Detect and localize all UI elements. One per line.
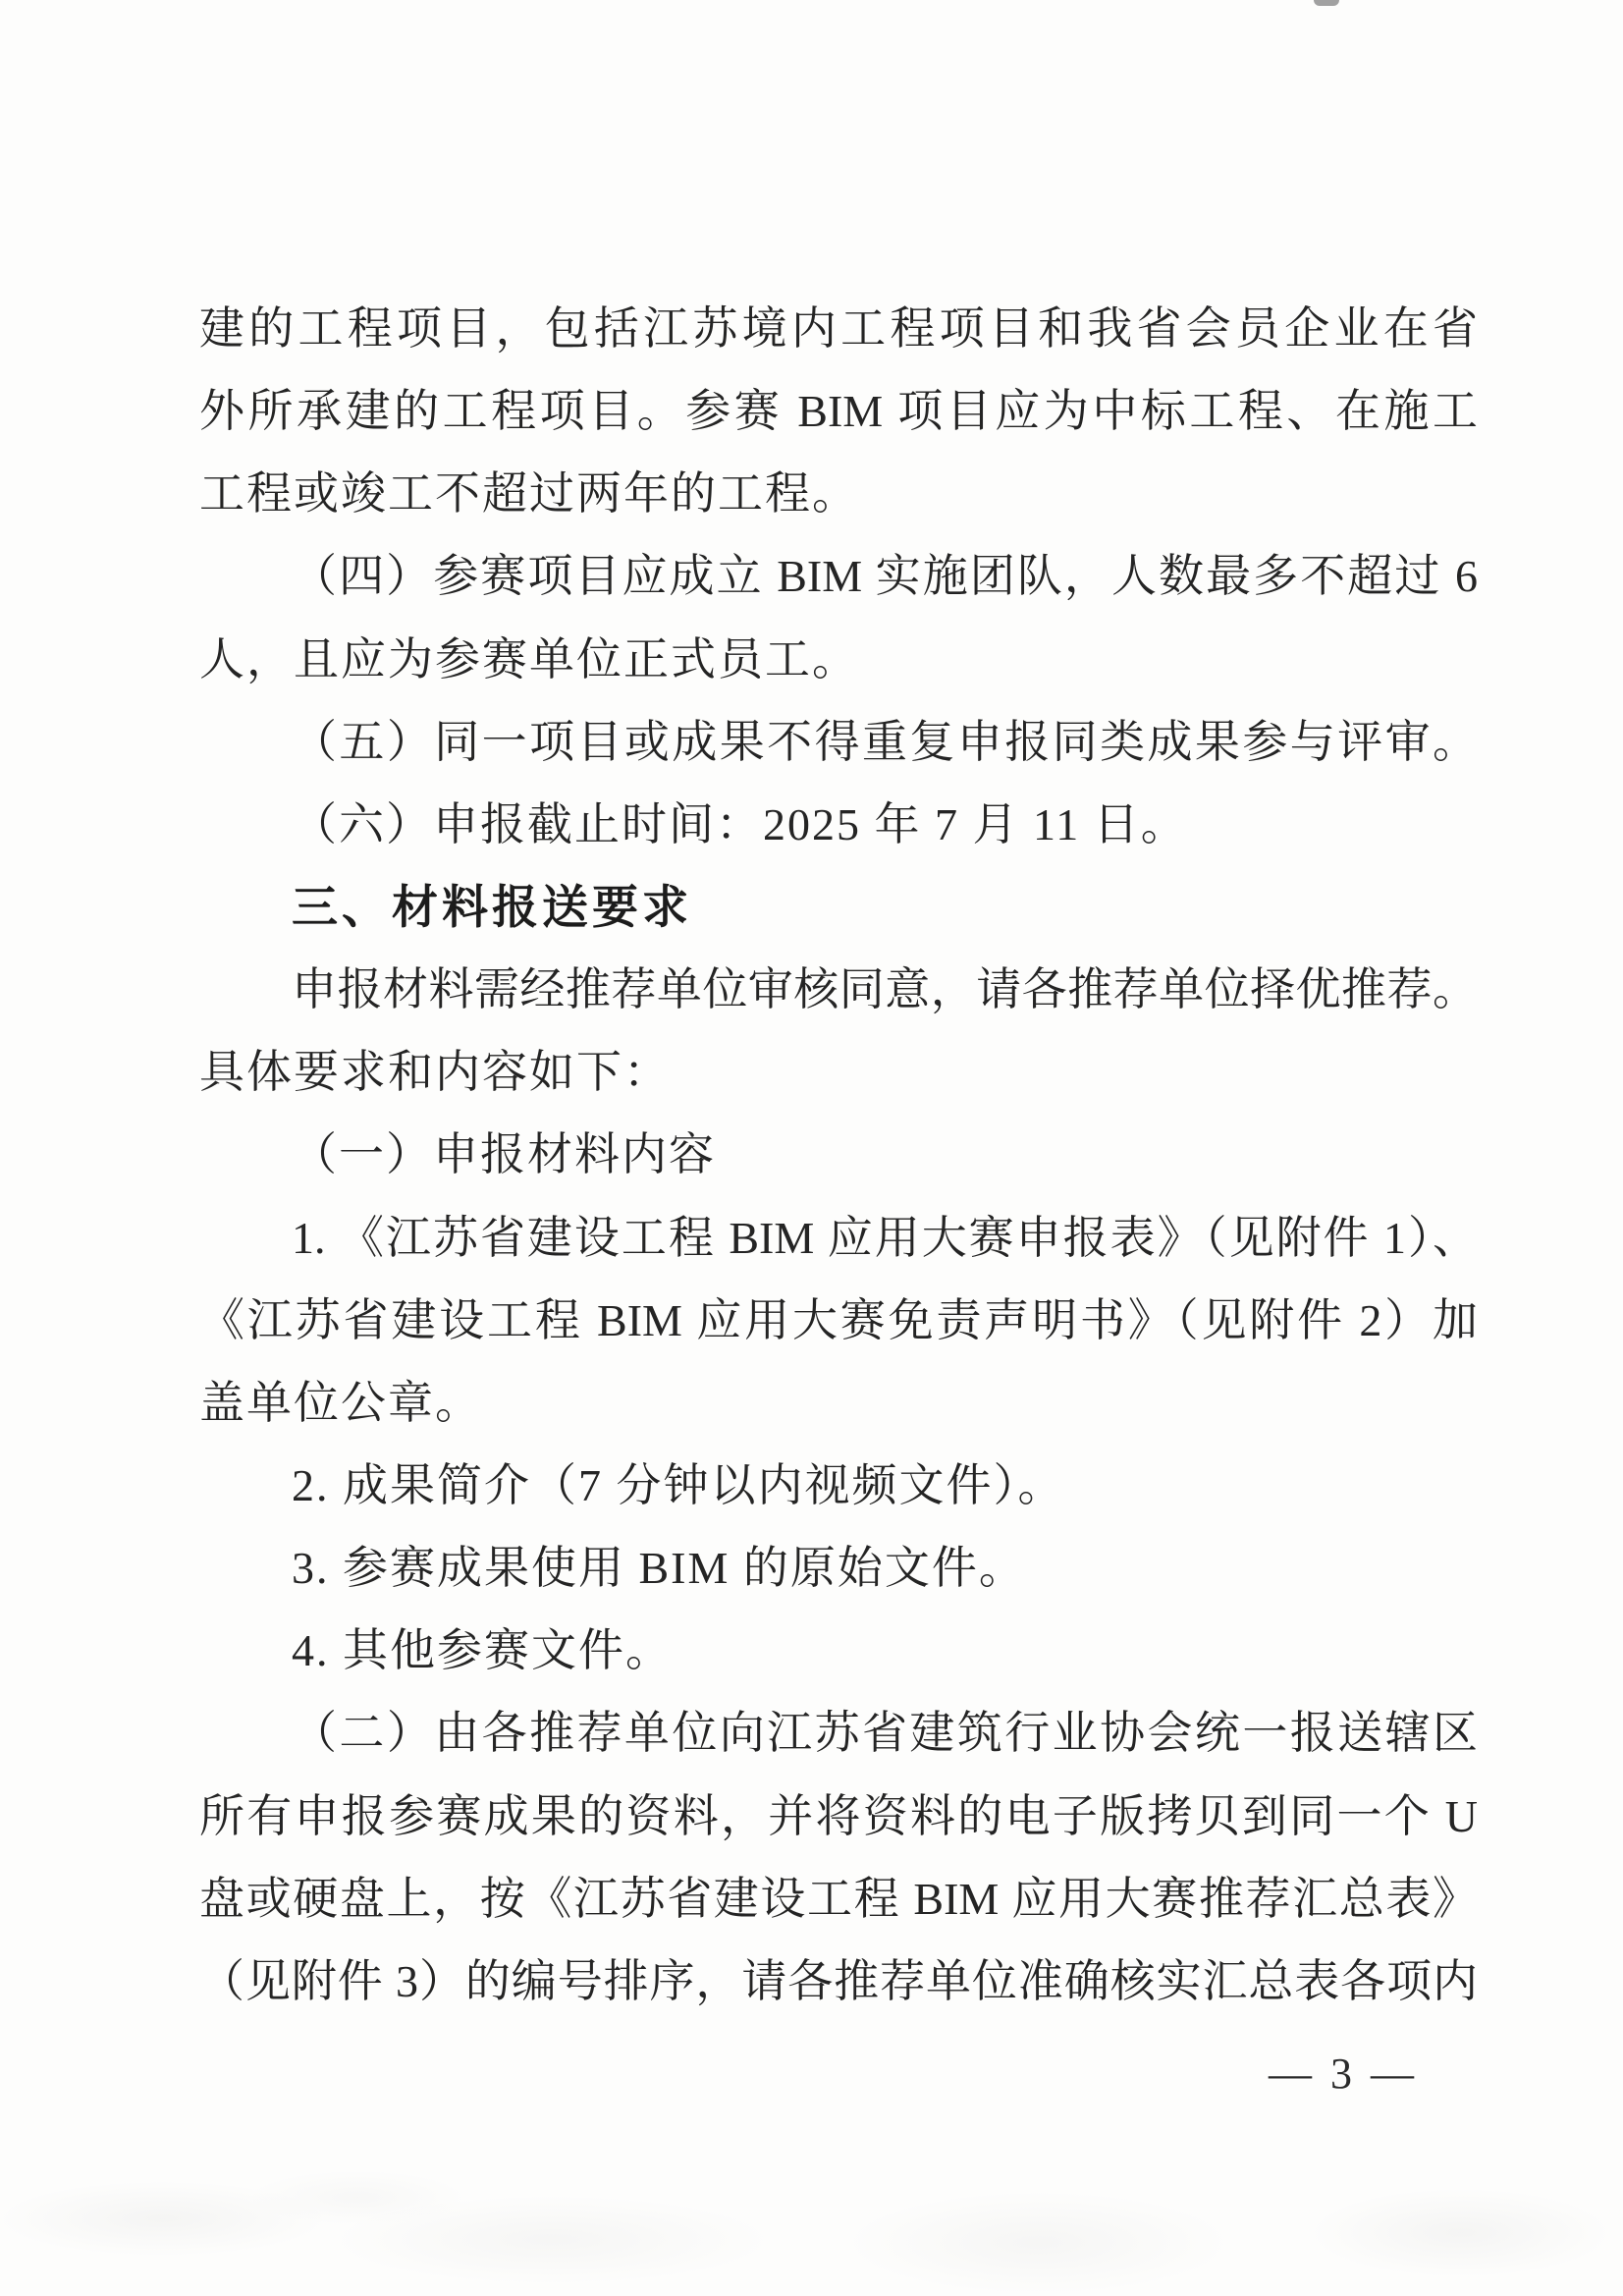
section-heading: 三、材料报送要求 — [199, 866, 1478, 949]
document-line: 具体要求和内容如下： — [199, 1031, 1478, 1114]
text-block: 建的工程项目，包括江苏境内工程项目和我省会员企业在省外所承建的工程项目。参赛 B… — [199, 288, 1478, 2023]
document-line: 2. 成果简介（7 分钟以内视频文件）。 — [199, 1445, 1478, 1527]
document-line: （四）参赛项目应成立 BIM 实施团队，人数最多不超过 6 — [199, 535, 1478, 618]
document-line: 申报材料需经推荐单位审核同意，请各推荐单位择优推荐。 — [199, 949, 1478, 1031]
document-line: 建的工程项目，包括江苏境内工程项目和我省会员企业在省 — [199, 288, 1478, 370]
document-line: 3. 参赛成果使用 BIM 的原始文件。 — [199, 1527, 1478, 1610]
document-line: 工程或竣工不超过两年的工程。 — [199, 453, 1478, 535]
document-line: （二）由各推荐单位向江苏省建筑行业协会统一报送辖区 — [199, 1692, 1478, 1775]
document-page: 建的工程项目，包括江苏境内工程项目和我省会员企业在省外所承建的工程项目。参赛 B… — [0, 0, 1623, 2296]
document-line: 4. 其他参赛文件。 — [199, 1610, 1478, 1692]
document-line: （六）申报截止时间：2025 年 7 月 11 日。 — [199, 784, 1478, 866]
document-line: 外所承建的工程项目。参赛 BIM 项目应为中标工程、在施工 — [199, 370, 1478, 453]
document-line: 盘或硬盘上，按《江苏省建设工程 BIM 应用大赛推荐汇总表》 — [199, 1858, 1478, 1941]
document-line: 1. 《江苏省建设工程 BIM 应用大赛申报表》（见附件 1）、 — [199, 1197, 1478, 1280]
scan-artifact-top — [1314, 0, 1339, 6]
document-line: 所有申报参赛成果的资料，并将资料的电子版拷贝到同一个 U — [199, 1776, 1478, 1858]
document-line: （见附件 3）的编号排序，请各推荐单位准确核实汇总表各项内 — [199, 1941, 1478, 2023]
document-line: 盖单位公章。 — [199, 1362, 1478, 1445]
document-line: （五）同一项目或成果不得重复申报同类成果参与评审。 — [199, 701, 1478, 784]
document-line: 《江苏省建设工程 BIM 应用大赛免责声明书》（见附件 2）加 — [199, 1280, 1478, 1362]
document-line: （一）申报材料内容 — [199, 1114, 1478, 1196]
scan-artifact-bottom — [0, 2156, 1623, 2296]
page-number: — 3 — — [1269, 2045, 1445, 2104]
document-line: 人，且应为参赛单位正式员工。 — [199, 619, 1478, 701]
